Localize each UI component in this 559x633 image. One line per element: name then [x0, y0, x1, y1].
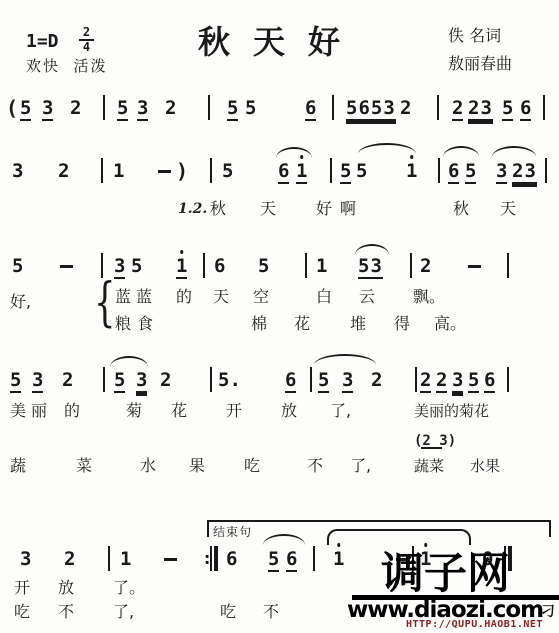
barline — [101, 158, 103, 183]
barline — [507, 253, 509, 278]
note: 2 — [165, 97, 176, 119]
note: 5 — [318, 369, 329, 393]
note: 6 — [214, 255, 225, 277]
note: 5 — [131, 255, 142, 277]
note: 5 — [258, 255, 269, 277]
barline — [108, 546, 110, 571]
lyric-syllable: 水果 — [470, 456, 500, 476]
lyric-syllable: 了, — [113, 602, 134, 622]
note: 2 — [371, 369, 382, 391]
note: 6 — [226, 548, 237, 570]
lyric-syllable: 不 — [307, 456, 323, 476]
note: 5 — [356, 160, 367, 182]
ending-phrase-bracket — [207, 520, 551, 537]
note: 3 — [20, 548, 31, 570]
note: 5 — [465, 160, 476, 184]
note: 5 — [117, 97, 128, 121]
lyric-syllable: 云 — [359, 287, 375, 307]
note: 2 — [420, 369, 431, 393]
slur-arc — [443, 146, 479, 157]
lyric-syllable: 飘。 — [413, 287, 445, 307]
lyric-syllable: 蓝 — [136, 287, 152, 307]
lyric-syllable: 菜 — [76, 456, 92, 476]
note: 3 — [136, 369, 147, 393]
barline — [305, 253, 307, 278]
note: 1 — [406, 160, 417, 182]
tempo-marking: 欢快 活泼 — [26, 55, 108, 76]
note: 3 — [42, 97, 53, 121]
slur-arc — [492, 146, 536, 157]
lyric-syllable: 丽 — [31, 401, 47, 421]
note: 6 — [305, 97, 316, 121]
note: 6 — [286, 548, 297, 572]
barline — [330, 158, 332, 183]
note: 6 — [448, 160, 459, 184]
lyric-syllable: 吃 — [244, 456, 260, 476]
watermark-footer-url: HTTP://QUPU.HAOB1.NET — [406, 619, 543, 630]
ending-phrase-label: 结束句 — [213, 523, 252, 540]
note: 3 — [114, 255, 125, 279]
note: 1 — [113, 160, 124, 182]
parenthesis: ) — [176, 160, 188, 182]
dash-note — [468, 265, 481, 268]
barline — [507, 367, 509, 392]
lyric-syllable: 空 — [253, 287, 269, 307]
note: 3 — [496, 160, 507, 184]
barline — [208, 95, 210, 120]
slur-arc — [355, 244, 389, 255]
note: 5 — [268, 548, 279, 572]
note: 2 — [420, 255, 431, 277]
barline — [103, 367, 105, 392]
note: 6 — [278, 160, 289, 184]
note: 6 — [285, 369, 296, 393]
note: 3 — [32, 369, 43, 393]
lyric-syllable: 棉 — [251, 314, 267, 334]
composer-credit: 敖丽春曲 — [448, 51, 512, 74]
slur-arc — [314, 354, 376, 365]
note: 5 — [245, 97, 256, 119]
note: 1 — [316, 255, 327, 277]
lyric-syllable: 菊 — [126, 401, 142, 421]
barline — [415, 367, 417, 392]
note: 5 — [227, 97, 238, 121]
barline — [545, 158, 547, 183]
time-signature: 2 4 — [79, 27, 94, 53]
lyric-syllable: 堆 — [350, 314, 366, 334]
note: 2 — [452, 97, 463, 121]
barline-thick — [214, 546, 218, 571]
barline — [543, 95, 545, 120]
note: 3 — [12, 160, 23, 182]
lyric-syllable: 天 — [260, 199, 276, 219]
note: 3 — [452, 369, 463, 393]
lyric-syllable: 的 — [64, 401, 80, 421]
barline — [310, 367, 312, 392]
lyric-syllable: 水 — [140, 456, 156, 476]
lyric-syllable: 好 — [316, 199, 332, 219]
lyric-syllable: 的 — [176, 287, 192, 307]
lyric-syllable: 啊 — [340, 199, 356, 219]
watermark-suffix-glyph: 刁 — [541, 601, 555, 621]
time-signature-denominator: 4 — [83, 40, 90, 54]
lyric-syllable: 了。 — [113, 578, 145, 598]
lyric-syllable: 放 — [281, 401, 297, 421]
underline-mark — [421, 447, 442, 449]
note: 5 — [114, 369, 125, 393]
verse-number: 1.2. — [178, 199, 207, 219]
note: 23 — [512, 160, 537, 184]
lyric-syllable: 美 — [10, 401, 26, 421]
barline — [103, 95, 105, 120]
lyric-syllable: 不 — [58, 602, 74, 622]
lyric-syllable: 花 — [294, 314, 310, 334]
lyric-syllable: 蔬菜 — [414, 456, 444, 476]
lyric-syllable: 吃 — [220, 602, 236, 622]
lyric-syllable: 放 — [58, 578, 74, 598]
lyric-syllable: 美丽的菊花 — [414, 401, 489, 421]
barline — [332, 95, 334, 120]
note: 5653 — [346, 97, 396, 121]
note: 2 — [436, 369, 447, 393]
lyric-syllable: 得 — [394, 314, 410, 334]
dash-note — [158, 170, 171, 173]
lyric-syllable: 了, — [330, 401, 351, 421]
slur-arc — [358, 143, 416, 154]
barline — [410, 253, 412, 278]
note: 5 — [222, 160, 233, 182]
note: 5 — [12, 255, 23, 277]
note: 5 — [10, 369, 21, 393]
note: 6 — [520, 97, 531, 121]
lyric-syllable: 秋 — [453, 199, 469, 219]
lyric-syllable: 了, — [350, 456, 371, 476]
lyric-syllable: 天 — [213, 287, 229, 307]
note: 53 — [358, 255, 383, 279]
lyric-syllable: 花 — [171, 401, 187, 421]
lyric-syllable: 开 — [226, 401, 242, 421]
note: 1 — [333, 548, 344, 570]
dash-note — [60, 265, 73, 268]
slur-arc — [276, 147, 312, 158]
lyric-syllable: 蔬 — [10, 456, 26, 476]
lyric-syllable: 吃 — [14, 602, 30, 622]
lyric-syllable: 高。 — [434, 314, 466, 334]
note: 1 — [120, 548, 131, 570]
barline — [437, 95, 439, 120]
note: 5. — [218, 369, 241, 391]
lyric-syllable: 白 — [316, 287, 332, 307]
lyric-syllable: 果 — [189, 456, 205, 476]
note: 2 — [58, 160, 69, 182]
lyric-syllable: 好, — [10, 292, 31, 312]
dash-note — [164, 558, 177, 561]
barline — [210, 546, 212, 571]
lyric-syllable: 开 — [14, 578, 30, 598]
lyric-syllable: 不 — [263, 602, 279, 622]
note: 5 — [20, 97, 31, 121]
lyric-syllable: 秋 — [210, 199, 226, 219]
key-signature: 1=D — [26, 31, 59, 52]
barline — [210, 158, 212, 183]
verse-brace: { — [94, 280, 116, 326]
barline — [313, 546, 315, 571]
lyric-syllable: 天 — [500, 199, 516, 219]
barline — [203, 253, 205, 278]
note: 5 — [502, 97, 513, 121]
note: 2 — [64, 548, 75, 570]
slur-arc — [110, 356, 148, 367]
note: 5 — [340, 160, 351, 184]
note: 2 — [62, 369, 73, 391]
sheet-music-page: 1=D 2 4 欢快 活泼 秋天好 佚 名词 敖丽春曲 (53253255656… — [0, 0, 559, 633]
note: 3 — [342, 369, 353, 393]
watermark-site-name: 调子网 — [381, 551, 510, 597]
barline — [438, 158, 440, 183]
song-title: 秋天好 — [198, 17, 363, 63]
lyric-syllable: 蓝 — [115, 287, 131, 307]
parenthesis: ( — [6, 97, 18, 119]
barline — [210, 367, 212, 392]
lyric-syllable: 食 — [137, 314, 153, 334]
time-signature-numerator: 2 — [83, 25, 90, 39]
note: 23 — [468, 97, 493, 121]
note: 2 — [160, 369, 171, 391]
note: 3 — [137, 97, 148, 121]
note: 5 — [468, 369, 479, 393]
note: 2 — [400, 97, 411, 119]
lyricist-credit: 佚 名词 — [448, 23, 501, 46]
lyric-syllable: 粮 — [115, 314, 131, 334]
note: 2 — [70, 97, 81, 119]
note: 1 — [296, 160, 307, 184]
note: 1 — [176, 255, 187, 279]
note: 6 — [484, 369, 495, 393]
